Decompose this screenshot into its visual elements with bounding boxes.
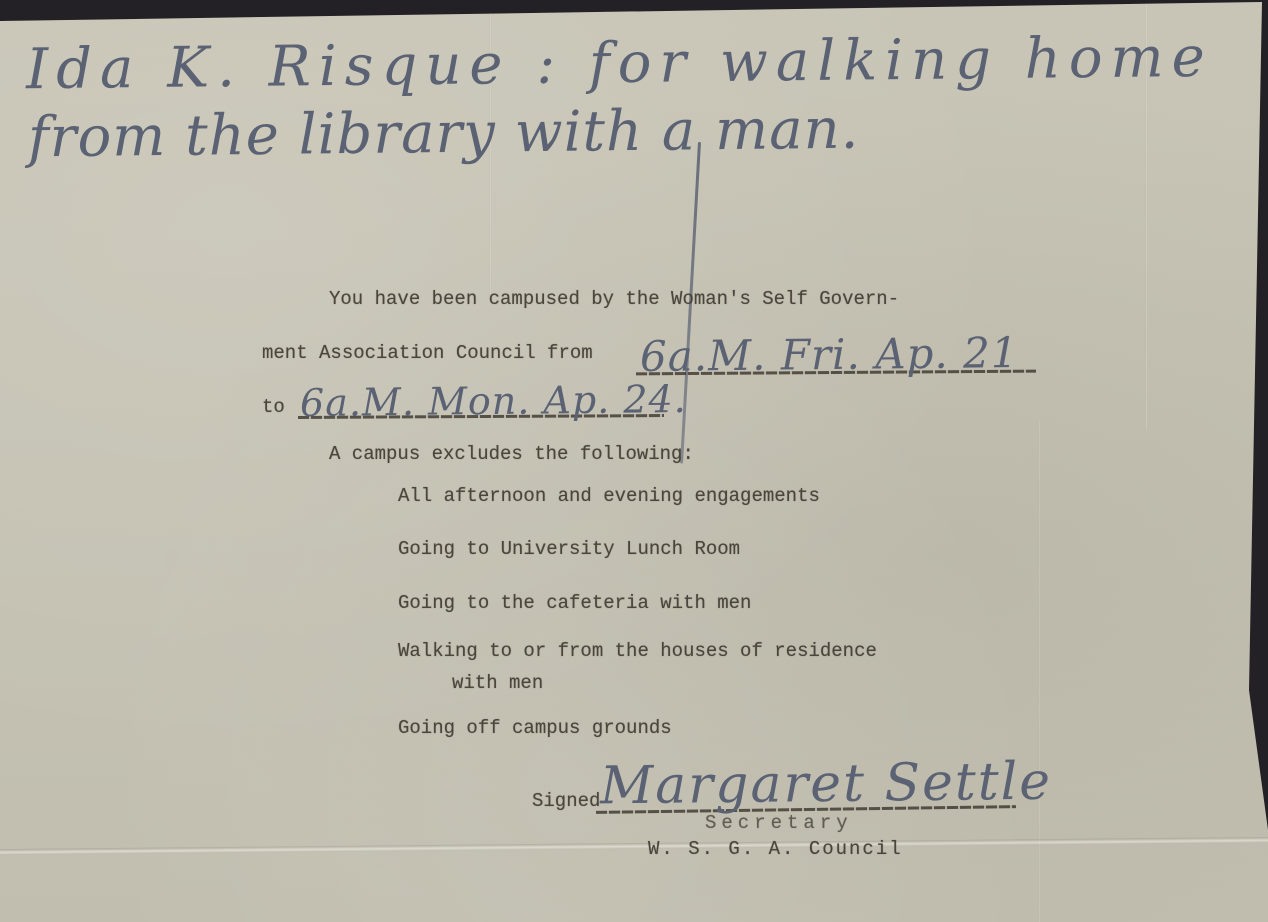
handwritten-to-date: 6a.M. Mon. Ap. 24. xyxy=(300,380,687,422)
handwritten-annotation-line2: from the library with a man. xyxy=(28,102,860,167)
signer-organization: W. S. G. A. Council xyxy=(648,838,903,861)
body-sentence-line1: You have been campused by the Woman's Se… xyxy=(329,288,899,311)
signed-label: Signed xyxy=(532,790,600,813)
signer-title: Secretary xyxy=(705,812,853,835)
vertical-crease xyxy=(1038,420,1041,922)
body-sentence-line2-prefix: ment Association Council from xyxy=(262,342,593,365)
handwritten-annotation-line1: Ida K. Risque : for walking home xyxy=(26,30,1213,98)
handwritten-signature: Margaret Settle xyxy=(600,756,1053,813)
paper-sheet: Ida K. Risque : for walking home from th… xyxy=(0,0,1268,922)
excluded-item-off-campus: Going off campus grounds xyxy=(398,717,672,740)
excluded-item-cafeteria: Going to the cafeteria with men xyxy=(398,592,751,615)
excluded-item-walking-residence-cont: with men xyxy=(452,672,543,695)
horizontal-fold-crease xyxy=(0,837,1268,855)
handwritten-from-date: 6a.M. Fri. Ap. 21 xyxy=(640,332,1019,378)
excluded-item-afternoon-engagements: All afternoon and evening engagements xyxy=(398,485,820,508)
document-scan: Ida K. Risque : for walking home from th… xyxy=(0,0,1268,922)
excludes-heading: A campus excludes the following: xyxy=(329,443,694,466)
excluded-item-walking-residence: Walking to or from the houses of residen… xyxy=(398,640,877,663)
excluded-item-lunch-room: Going to University Lunch Room xyxy=(398,538,740,561)
to-label: to xyxy=(262,396,285,419)
